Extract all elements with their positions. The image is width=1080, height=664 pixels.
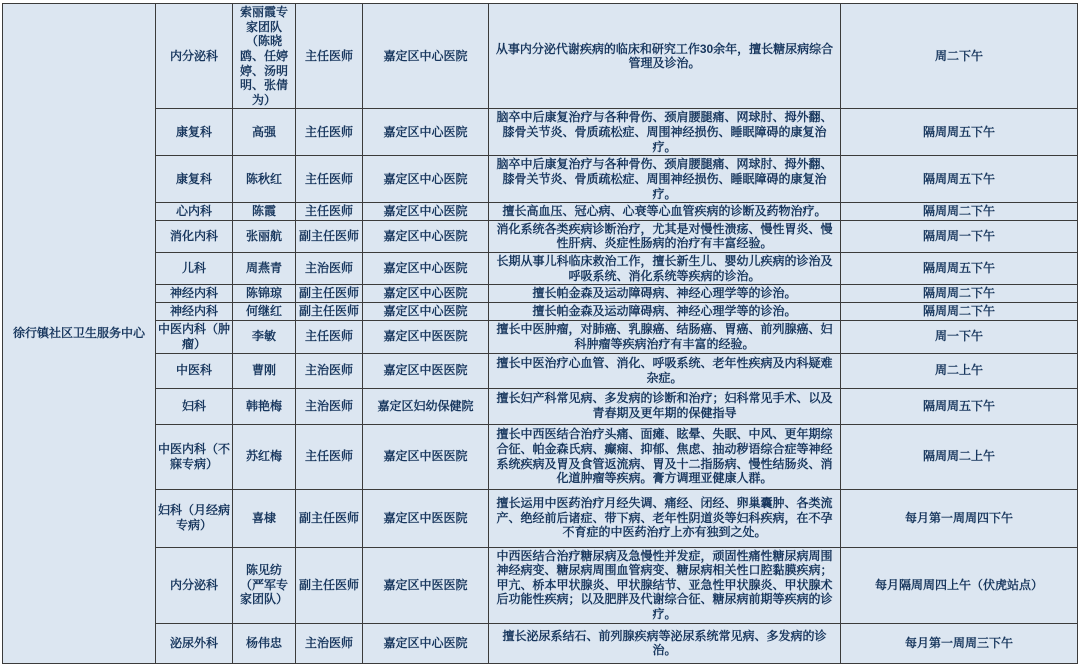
title-cell: 主任医师 <box>296 203 363 221</box>
hospital-cell: 嘉定区中医医院 <box>363 353 489 388</box>
hospital-cell: 嘉定区中医医院 <box>363 320 489 353</box>
department-cell: 中医内科（肿瘤） <box>156 320 233 353</box>
department-cell: 康复科 <box>156 156 233 203</box>
table-row: 消化内科 张丽航 副主任医师 嘉定区中心医院 消化系统各类疾病诊断治疗，尤其是对… <box>3 220 1078 252</box>
doctor-cell: 李敏 <box>233 320 296 353</box>
table-row: 心内科 陈霞 主任医师 嘉定区中心医院 擅长高血压、冠心病、心衰等心血管疾病的诊… <box>3 203 1078 221</box>
table-row: 中医科 曹刚 主治医师 嘉定区中医医院 擅长中医治疗心血管、消化、呼吸系统、老年… <box>3 353 1078 388</box>
table-row: 神经内科 何继红 副主任医师 嘉定区中心医院 擅长帕金森及运动障碍病、神经心理学… <box>3 302 1078 320</box>
specialty-cell: 擅长中西医结合治疗头痛、面瘫、眩晕、失眠、中风、更年期综合征、帕金森氏病、癫痫、… <box>489 424 841 489</box>
schedule-cell: 周一下午 <box>841 320 1078 353</box>
title-cell: 副主任医师 <box>296 285 363 303</box>
doctor-cell: 陈霞 <box>233 203 296 221</box>
specialty-cell: 擅长运用中医药治疗月经失调、痛经、闭经、卵巢囊肿、各类流产、绝经前后诸症、带下病… <box>489 489 841 547</box>
title-cell: 主任医师 <box>296 320 363 353</box>
schedule-cell: 隔周周五下午 <box>841 253 1078 285</box>
doctor-cell: 索丽霞专家团队（陈晓鸥、任婷婷、汤明明、张倩为） <box>233 4 296 109</box>
title-cell: 主任医师 <box>296 156 363 203</box>
department-cell: 消化内科 <box>156 220 233 252</box>
title-cell: 副主任医师 <box>296 302 363 320</box>
table-row: 康复科 高强 主任医师 嘉定区中心医院 脑卒中后康复治疗与各种骨伤、颈肩腰腿痛、… <box>3 109 1078 156</box>
doctor-cell: 陈见纺（严军专家团队） <box>233 547 296 612</box>
title-cell: 副主任医师 <box>296 547 363 612</box>
specialty-cell: 擅长妇产科常见病、多发病的诊断和治疗；妇科常见手术、以及青春期及更年期的保健指导 <box>489 388 841 424</box>
schedule-cell: 隔周周二下午 <box>841 203 1078 221</box>
doctor-cell: 周燕青 <box>233 253 296 285</box>
table-row: 内分泌科 陈见纺（严军专家团队） 副主任医师 嘉定区中医医院 中西医结合治疗糖尿… <box>3 547 1078 612</box>
hospital-cell: 嘉定区中医医院 <box>363 424 489 489</box>
department-cell: 康复科 <box>156 109 233 156</box>
specialty-cell: 擅长中医肿瘤，对肺癌、乳腺癌、结肠癌、胃癌、前列腺癌、妇科肿瘤等疾病治疗有丰富的… <box>489 320 841 353</box>
doctor-table-body: 徐行镇社区卫生服务中心 内分泌科 索丽霞专家团队（陈晓鸥、任婷婷、汤明明、张倩为… <box>3 4 1078 613</box>
specialty-cell: 擅长帕金森及运动障碍病、神经心理学等的诊治。 <box>489 302 841 320</box>
department-cell: 神经内科 <box>156 302 233 320</box>
hospital-cell: 嘉定区中医医院 <box>363 489 489 547</box>
department-cell: 内分泌科 <box>156 4 233 109</box>
title-cell: 副主任医师 <box>296 489 363 547</box>
schedule-cell: 每月第一周周四下午 <box>841 489 1078 547</box>
title-cell: 副主任医师 <box>296 220 363 252</box>
specialty-cell: 消化系统各类疾病诊断治疗，尤其是对慢性溃疡、慢性胃炎、慢性肝病、炎症性肠病的治疗… <box>489 220 841 252</box>
table-row: 康复科 陈秋红 主任医师 嘉定区中心医院 脑卒中后康复治疗与各种骨伤、颈肩腰腿痛… <box>3 156 1078 203</box>
hospital-cell: 嘉定区妇幼保健院 <box>363 388 489 424</box>
table-row: 妇科 韩艳梅 主治医师 嘉定区妇幼保健院 擅长妇产科常见病、多发病的诊断和治疗；… <box>3 388 1078 424</box>
doctor-cell: 何继红 <box>233 302 296 320</box>
schedule-cell: 每月隔周周四上午（伏虎站点） <box>841 547 1078 612</box>
doctor-cell: 苏红梅 <box>233 424 296 489</box>
community-health-center-schedule-table: 徐行镇社区卫生服务中心 内分泌科 索丽霞专家团队（陈晓鸥、任婷婷、汤明明、张倩为… <box>2 3 1078 612</box>
specialty-cell: 擅长帕金森及运动障碍病、神经心理学等的诊治。 <box>489 285 841 303</box>
specialty-cell: 擅长中医治疗心血管、消化、呼吸系统、老年性疾病及内科疑难杂症。 <box>489 353 841 388</box>
department-cell: 神经内科 <box>156 285 233 303</box>
doctor-cell: 陈秋红 <box>233 156 296 203</box>
schedule-cell: 周二上午 <box>841 353 1078 388</box>
department-cell: 内分泌科 <box>156 547 233 612</box>
title-cell: 主任医师 <box>296 4 363 109</box>
specialty-cell: 长期从事儿科临床救治工作，擅长新生儿、婴幼儿疾病的诊治及呼吸系统、消化系统等疾病… <box>489 253 841 285</box>
specialty-cell: 从事内分泌代谢疾病的临床和研究工作30余年，擅长糖尿病综合管理及诊治。 <box>489 4 841 109</box>
title-cell: 主任医师 <box>296 109 363 156</box>
doctor-cell: 喜棣 <box>233 489 296 547</box>
table-row: 徐行镇社区卫生服务中心 内分泌科 索丽霞专家团队（陈晓鸥、任婷婷、汤明明、张倩为… <box>3 4 1078 109</box>
doctor-cell: 高强 <box>233 109 296 156</box>
specialty-cell: 脑卒中后康复治疗与各种骨伤、颈肩腰腿痛、网球肘、拇外翻、膝骨关节炎、骨质疏松症、… <box>489 156 841 203</box>
title-cell: 主治医师 <box>296 388 363 424</box>
table-row: 中医内科（肿瘤） 李敏 主任医师 嘉定区中医医院 擅长中医肿瘤，对肺癌、乳腺癌、… <box>3 320 1078 353</box>
org-name-cell: 徐行镇社区卫生服务中心 <box>3 4 156 613</box>
hospital-cell: 嘉定区中心医院 <box>363 156 489 203</box>
title-cell: 主任医师 <box>296 424 363 489</box>
doctor-cell: 张丽航 <box>233 220 296 252</box>
title-cell: 主治医师 <box>296 353 363 388</box>
hospital-cell: 嘉定区中心医院 <box>363 109 489 156</box>
department-cell: 妇科 <box>156 388 233 424</box>
schedule-cell: 隔周周二下午 <box>841 302 1078 320</box>
department-cell: 儿科 <box>156 253 233 285</box>
hospital-cell: 嘉定区中心医院 <box>363 285 489 303</box>
doctor-cell: 曹刚 <box>233 353 296 388</box>
hospital-cell: 嘉定区中心医院 <box>363 302 489 320</box>
specialty-cell: 脑卒中后康复治疗与各种骨伤、颈肩腰腿痛、网球肘、拇外翻、膝骨关节炎、骨质疏松症、… <box>489 109 841 156</box>
hospital-cell: 嘉定区中医医院 <box>363 547 489 612</box>
table-row: 神经内科 陈锦琼 副主任医师 嘉定区中心医院 擅长帕金森及运动障碍病、神经心理学… <box>3 285 1078 303</box>
schedule-cell: 隔周周五下午 <box>841 109 1078 156</box>
specialty-cell: 擅长高血压、冠心病、心衰等心血管疾病的诊断及药物治疗。 <box>489 203 841 221</box>
department-cell: 中医内科（不寐专病） <box>156 424 233 489</box>
title-cell: 主治医师 <box>296 253 363 285</box>
table-row: 中医内科（不寐专病） 苏红梅 主任医师 嘉定区中医医院 擅长中西医结合治疗头痛、… <box>3 424 1078 489</box>
doctor-cell: 韩艳梅 <box>233 388 296 424</box>
schedule-cell: 隔周周二上午 <box>841 424 1078 489</box>
hospital-cell: 嘉定区中心医院 <box>363 253 489 285</box>
schedule-cell: 隔周周一下午 <box>841 220 1078 252</box>
department-cell: 心内科 <box>156 203 233 221</box>
schedule-cell: 隔周周五下午 <box>841 388 1078 424</box>
doctor-cell: 陈锦琼 <box>233 285 296 303</box>
department-cell: 中医科 <box>156 353 233 388</box>
table-row: 儿科 周燕青 主治医师 嘉定区中心医院 长期从事儿科临床救治工作，擅长新生儿、婴… <box>3 253 1078 285</box>
hospital-cell: 嘉定区中心医院 <box>363 203 489 221</box>
schedule-cell: 周二下午 <box>841 4 1078 109</box>
specialty-cell: 中西医结合治疗糖尿病及急慢性并发症，顽固性痛性糖尿病周围神经病变、糖尿病周围血管… <box>489 547 841 612</box>
hospital-cell: 嘉定区中心医院 <box>363 4 489 109</box>
hospital-cell: 嘉定区中心医院 <box>363 220 489 252</box>
schedule-cell: 隔周周二下午 <box>841 285 1078 303</box>
schedule-cell: 隔周周五下午 <box>841 156 1078 203</box>
table-row: 妇科（月经病专病） 喜棣 副主任医师 嘉定区中医医院 擅长运用中医药治疗月经失调… <box>3 489 1078 547</box>
department-cell: 妇科（月经病专病） <box>156 489 233 547</box>
